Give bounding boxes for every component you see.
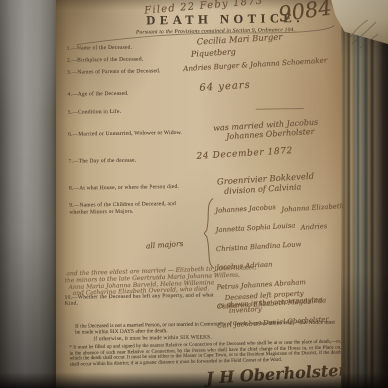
pencil-scribble xyxy=(346,10,386,50)
field-value-parents: Andries Burger & Johanna Schoemaker xyxy=(183,55,328,73)
field-value-day-of-decease: 24 December 1872 xyxy=(196,146,293,162)
field-label-parents: 3.—Names of Parents of the Deceased. xyxy=(67,68,161,75)
children-status-note: all majors xyxy=(146,239,184,251)
photo-bottom-shadow xyxy=(0,372,388,388)
child-name: Christina Blandina Louw xyxy=(216,241,302,254)
ink-brace xyxy=(201,197,216,269)
field-label-property: 10.—Whether the Deceased has left any Pr… xyxy=(65,292,217,307)
field-label-age: 4.—Age of the Deceased. xyxy=(67,91,128,98)
field-label-birthplace: 2.—Birthplace of the Deceased. xyxy=(67,56,143,63)
footer-rule-six-days: If the Deceased is not a married Person,… xyxy=(75,319,337,335)
field-value-birthplace: Piquetberg xyxy=(191,47,236,59)
photographed-death-notice: Filed 22 Feby 1873 DEATH NOTICE. 9084 Pu… xyxy=(0,0,388,388)
field-label-children: 9.—Names of the Children of Deceased, an… xyxy=(69,201,195,216)
field-label-name: 1.—Name of the Deceased. xyxy=(67,45,133,52)
field-label-place-of-death: 8.—At what House, or where the Person di… xyxy=(69,184,179,192)
field-value-age: 64 years xyxy=(199,80,251,94)
field-label-day-of-decease: 7.—The Day of the decease. xyxy=(68,158,136,165)
child-name: Johanna Elizabeth xyxy=(281,203,344,214)
field-label-marital-status: 6.—Married or Unmarried, Widower or Wido… xyxy=(68,129,218,137)
child-name: Andries xyxy=(300,223,327,232)
field-label-condition: 5.—Condition in Life. xyxy=(68,109,121,116)
child-name: Jannetta Sophia Louisa xyxy=(215,222,295,234)
blank-rule-line xyxy=(256,108,304,110)
child-name: Johannes Jacobus xyxy=(215,204,276,215)
book-cover-edge xyxy=(0,0,62,388)
death-notice-form: Filed 22 Feby 1873 DEATH NOTICE. 9084 Pu… xyxy=(58,0,354,388)
footer-rule-six-weeks: If otherwise, it must be made within SIX… xyxy=(93,334,212,342)
